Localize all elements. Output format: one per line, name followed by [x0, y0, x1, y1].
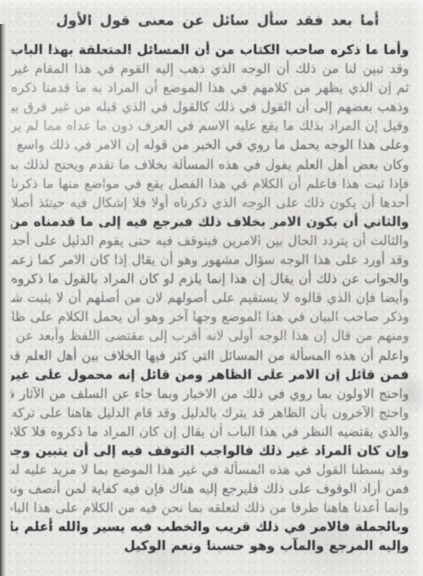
text-line: وإليه المرجع والمآب وهو حسبنا ونعم الوكي… — [11, 537, 409, 556]
page-content: أما بعد فقد سأل سائل عن معنى قول الأول و… — [0, 0, 423, 557]
document-body: وأما ما ذكره صاحب الكتاب من أن المسائل ا… — [11, 41, 409, 557]
text-line: وذهب بعضهم إلى أن القول في ذلك كالقول في… — [11, 98, 409, 117]
text-line: وأيضا فإن الذي قالوه لا يستقيم على أصوله… — [11, 289, 409, 308]
text-line: والثاني أن يكون الامر بخلاف ذلك فيرجع في… — [11, 213, 409, 232]
text-line: واحتج الآخرون بأن الظاهر قد يترك بالدليل… — [11, 404, 409, 423]
text-line: وقد بسطنا القول في هذه المسألة في غير هذ… — [11, 461, 409, 480]
scanned-document-page: أما بعد فقد سأل سائل عن معنى قول الأول و… — [0, 0, 423, 576]
text-line: والذي يقتضيه النظر في هذا الباب أن يقال … — [11, 423, 409, 442]
text-line: وأما ما ذكره صاحب الكتاب من أن المسائل ا… — [11, 41, 409, 60]
text-line: والثالث أن يتردد الحال بين الامرين فيتوق… — [11, 232, 409, 251]
text-line: أحدها أن يكون ذلك على الوجه الذي ذكرناه … — [11, 194, 409, 213]
text-line: واعلم أن هذه المسألة من المسائل التي كثر… — [11, 347, 409, 366]
text-line: فمن أراد الوقوف على ذلك فليرجع إليه هناك… — [11, 480, 409, 499]
text-line: وبالجملة فالامر في ذلك قريب والخطب فيه ي… — [11, 518, 409, 537]
text-line: وإنما أعدنا هاهنا طرفا من ذلك لتعلقه بما… — [11, 499, 409, 518]
text-line: ومنهم من قال إن هذا الوجه أولى لانه أقرب… — [11, 327, 409, 346]
text-line: ثم إن الذي يظهر من كلامهم في هذا الموضع … — [11, 79, 409, 98]
text-line: فمن قائل إن الامر على الظاهر ومن قائل إن… — [11, 366, 409, 385]
text-line: وذكر صاحب البيان في هذا الموضع وجها آخر … — [11, 308, 409, 327]
text-line: واحتج الاولون بما روي في ذلك من الاخبار … — [11, 385, 409, 404]
scan-gutter-shadow — [0, 24, 6, 576]
text-line: وقيل إن المراد بذلك ما يقع عليه الاسم في… — [11, 117, 409, 136]
text-line: والجواب عن ذلك أن يقال إن هذا إنما يلزم … — [11, 270, 409, 289]
text-line: فإذا ثبت هذا فاعلم أن الكلام في هذا الفص… — [11, 175, 409, 194]
text-line: وقد أورد على هذا الوجه سؤال مشهور وهو أن… — [11, 251, 409, 270]
text-line: وكان بعض أهل العلم يقول في هذه المسألة ب… — [11, 156, 409, 175]
document-title-line: أما بعد فقد سأل سائل عن معنى قول الأول — [56, 10, 379, 32]
text-line: وقد تبين لنا من ذلك أن الوجه الذي ذهب إل… — [11, 60, 409, 79]
text-line: وعلى هذا الوجه يحمل ما روي في الخبر من ق… — [11, 136, 409, 155]
text-line: وإن كان المراد غير ذلك فالواجب التوقف في… — [11, 442, 409, 461]
